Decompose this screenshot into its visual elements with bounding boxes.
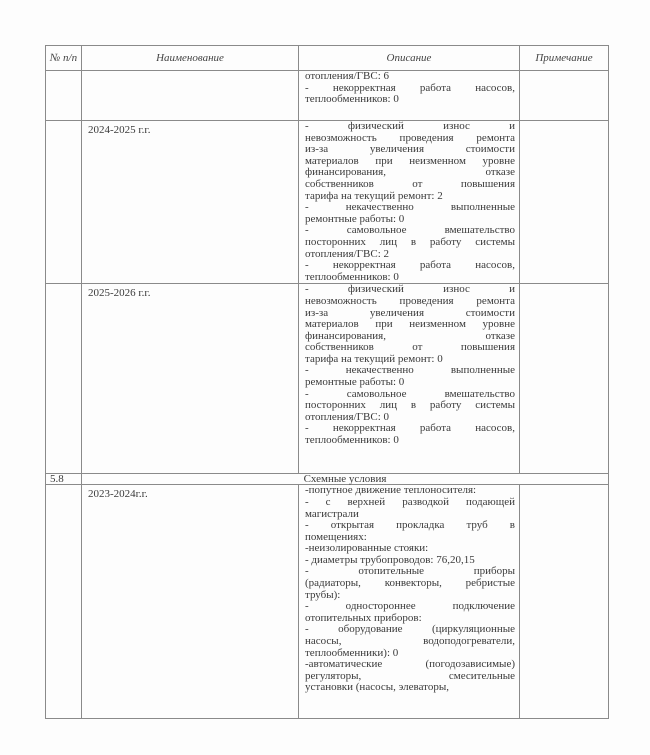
table-row: 2024-2025 г.г. - физический износ иневоз… bbox=[46, 121, 609, 284]
section-row: 5.8 Схемные условия bbox=[46, 474, 609, 485]
table-header-row: № п/п Наименование Описание Примечание bbox=[46, 46, 609, 71]
row-name bbox=[82, 71, 299, 121]
table-row: отопления/ГВС: 6- некорректная работа на… bbox=[46, 71, 609, 121]
description-line: теплообменников: 0 bbox=[305, 272, 515, 284]
description-line: - открытая прокладка труб в bbox=[305, 520, 515, 532]
row-description: - физический износ иневозможность провед… bbox=[299, 121, 520, 284]
row-num bbox=[46, 71, 82, 121]
description-line: теплообменников: 0 bbox=[305, 94, 515, 106]
header-description: Описание bbox=[299, 46, 520, 71]
description-line: материалов при неизменном уровне bbox=[305, 319, 515, 331]
row-note bbox=[520, 485, 609, 719]
row-description: отопления/ГВС: 6- некорректная работа на… bbox=[299, 71, 520, 121]
description-line: ремонтные работы: 0 bbox=[305, 377, 515, 389]
row-num bbox=[46, 121, 82, 284]
description-line: - некорректная работа насосов, bbox=[305, 260, 515, 272]
row-num bbox=[46, 485, 82, 719]
data-table: № п/п Наименование Описание Примечание о… bbox=[45, 45, 609, 719]
description-line: (радиаторы, конвекторы, ребристые bbox=[305, 578, 515, 590]
row-name: 2023-2024г.г. bbox=[82, 485, 299, 719]
description-line: теплообменников: 0 bbox=[305, 435, 515, 447]
row-name: 2024-2025 г.г. bbox=[82, 121, 299, 284]
description-line: посторонних лиц в работу системы bbox=[305, 237, 515, 249]
row-num bbox=[46, 284, 82, 474]
description-line: невозможность проведения ремонта bbox=[305, 296, 515, 308]
row-description: - физический износ иневозможность провед… bbox=[299, 284, 520, 474]
header-note: Примечание bbox=[520, 46, 609, 71]
header-name: Наименование bbox=[82, 46, 299, 71]
description-line: установки (насосы, элеваторы, bbox=[305, 682, 515, 694]
table-row: 2025-2026 г.г. - физический износ иневоз… bbox=[46, 284, 609, 474]
row-note bbox=[520, 71, 609, 121]
row-description: -попутное движение теплоносителя:- с вер… bbox=[299, 485, 520, 719]
table-row: 2023-2024г.г. -попутное движение теплоно… bbox=[46, 485, 609, 719]
row-note bbox=[520, 284, 609, 474]
section-num: 5.8 bbox=[46, 474, 82, 485]
document-page: № п/п Наименование Описание Примечание о… bbox=[0, 0, 650, 755]
description-line: - некачественно выполненные bbox=[305, 202, 515, 214]
description-line: отопления/ГВС: 6 bbox=[305, 71, 515, 83]
description-line: - с верхней разводкой подающей bbox=[305, 497, 515, 509]
section-title: Схемные условия bbox=[82, 474, 609, 485]
description-line: - физический износ и bbox=[305, 121, 515, 133]
description-line: насосы, водоподогреватели, bbox=[305, 636, 515, 648]
row-name: 2025-2026 г.г. bbox=[82, 284, 299, 474]
row-note bbox=[520, 121, 609, 284]
header-num: № п/п bbox=[46, 46, 82, 71]
description-line: собственников от повышения bbox=[305, 179, 515, 191]
